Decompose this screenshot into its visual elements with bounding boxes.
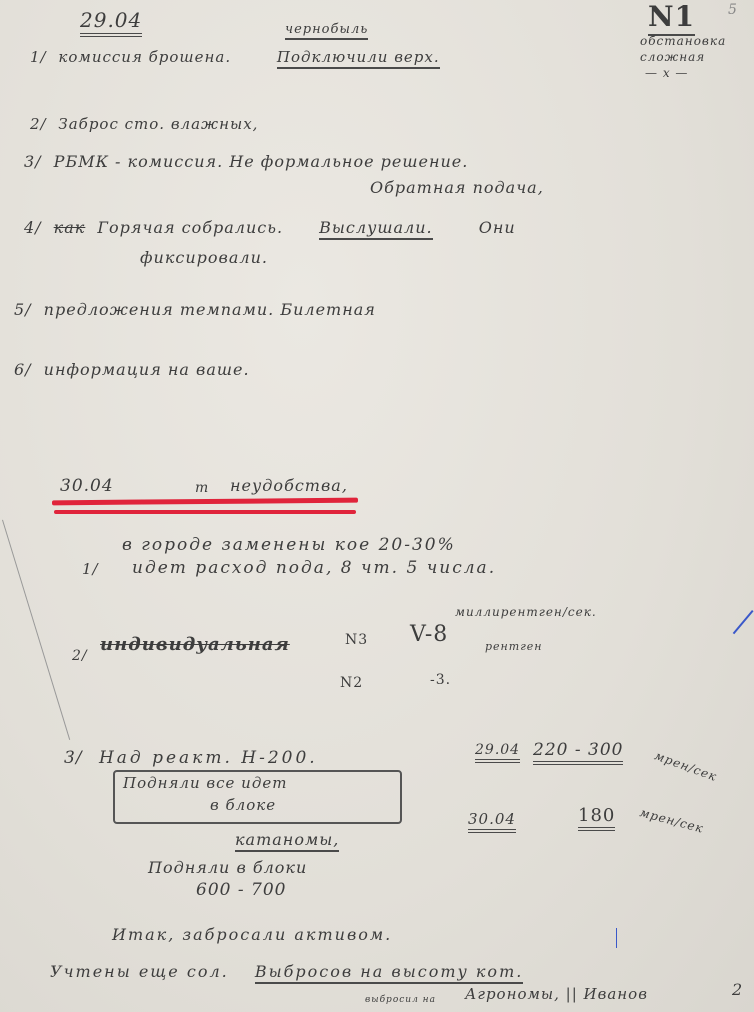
s2-unit-bottom: рентген [485, 640, 543, 653]
margin-pencil-line [2, 520, 70, 740]
item-2-text: Заброс сто. влажных, [58, 115, 258, 133]
blue-ink-mark-2 [616, 928, 617, 948]
item-5: 5/ предложения темпами. Билетная [14, 300, 376, 319]
item-1: 1/ комиссия брошена. Подключили верх. [30, 48, 440, 66]
corner-mark: 5 [728, 2, 738, 18]
s2-unit-top: миллирентген/сек. [455, 605, 597, 619]
header-note-2: сложная [640, 50, 705, 64]
item-6-text: информация на ваше. [44, 360, 250, 379]
s2-n2-value: -3. [430, 672, 451, 688]
s2-date1: 29.04 [475, 742, 520, 763]
item-5-text: предложения темпами. Билетная [44, 300, 376, 319]
footer-small-note: выбросил на [365, 995, 436, 1005]
footer-underlined: Выбросов на высоту кот. [255, 962, 524, 984]
s2-item3: 3/ Над реакт. H-200. [64, 748, 318, 768]
item-3: 3/ РБМК - комиссия. Не формальное решени… [24, 152, 468, 171]
document-page: 29.04 чернобыль N1 5 обстановка сложная … [0, 0, 754, 1012]
document-number: N1 [648, 0, 695, 36]
footer-line1: Итак, забросали активом. [112, 925, 392, 944]
s2-unit2: мрен/сек [638, 805, 705, 836]
item-4-text: Горячая собрались. [97, 218, 283, 237]
item-1-text: комиссия брошена. [58, 48, 231, 66]
s2-item1-line2: идет расход пода, 8 чт. 5 числа. [132, 558, 496, 578]
boxed-note-line2: в блоке [210, 796, 276, 814]
range-600-700: 600 - 700 [196, 880, 286, 900]
s2-item3-text: Над реакт. H-200. [99, 748, 318, 768]
s2-date2: 30.04 [468, 810, 516, 833]
s2-n2-label: N2 [340, 675, 363, 691]
podnyali-v-bloki: Подняли в блоки [148, 858, 307, 877]
s2-item2-struck: индивидуальная [100, 634, 290, 655]
s2-item1-line1: в городе заменены кое 20-30% [122, 535, 456, 555]
item-1-underlined: Подключили верх. [277, 48, 440, 69]
header-note-1: обстановка [640, 34, 726, 48]
s2-item2-num: 2/ [72, 648, 88, 664]
page-number: 2 [732, 980, 743, 999]
s2-v-value: V-8 [410, 622, 448, 647]
footer-line2: Учтены еще сол. Выбросов на высоту кот. [50, 962, 523, 981]
section2-title: неудобства, [230, 476, 348, 495]
header-note-3: — x — [645, 66, 688, 80]
item-4-struck: как [54, 218, 86, 237]
item-4: 4/ как Горячая собрались. Выслушали. Они [24, 218, 516, 237]
blue-ink-mark [733, 610, 754, 634]
header-title: чернобыль [285, 22, 368, 40]
section2-dash: т [195, 480, 209, 496]
s2-range1: 220 - 300 [533, 740, 623, 765]
header-date: 29.04 [80, 8, 142, 37]
boxed-note-line1: Подняли все идет [123, 774, 287, 792]
item-3-text: РБМК - комиссия. Не формальное решение. [54, 152, 469, 171]
item-6: 6/ информация на ваше. [14, 360, 250, 379]
item-4-underlined: Выслушали. [319, 218, 433, 240]
s2-item1-num: 1/ [82, 560, 99, 578]
red-underline-2 [54, 510, 356, 514]
footer-names: Агрономы, || Иванов [465, 985, 648, 1003]
katanomi: катаномы, [235, 830, 339, 852]
section2-date: 30.04 [60, 476, 114, 496]
s2-n3-label: N3 [345, 632, 368, 648]
item-2: 2/ Заброс сто. влажных, [30, 115, 258, 133]
s2-val2: 180 [578, 805, 615, 831]
s2-unit1: мрен/сек [653, 748, 719, 784]
item-4-line2: фиксировали. [140, 248, 268, 267]
red-underline-1 [52, 498, 358, 506]
item-3-line2: Обратная подача, [370, 178, 544, 197]
